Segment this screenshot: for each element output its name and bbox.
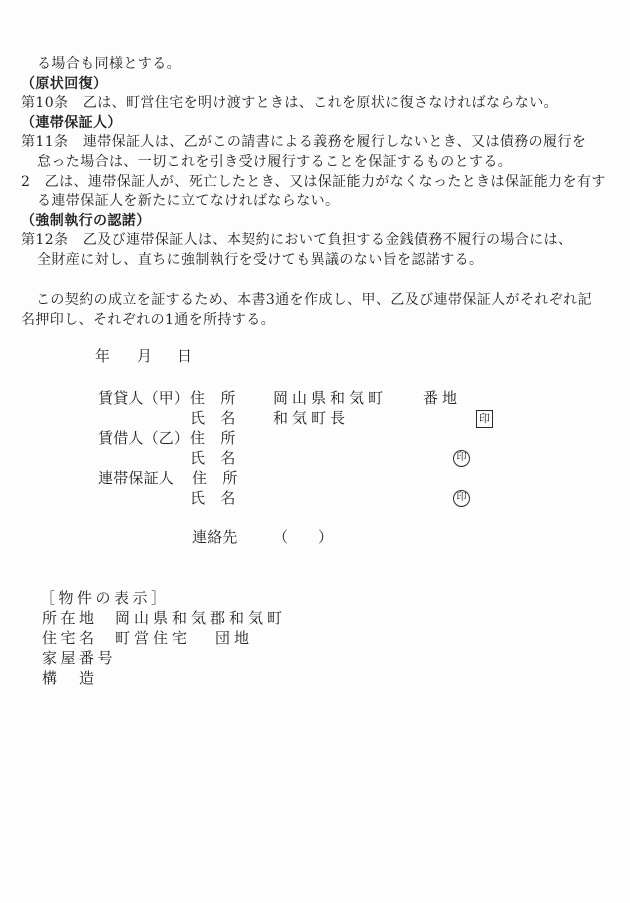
guarantor-name-label: 氏 名 xyxy=(190,491,236,506)
lessor-party-label: 賃貸人（甲） xyxy=(98,391,189,406)
contact-paren-close: ） xyxy=(318,530,333,545)
date-month-label: 月 xyxy=(137,349,152,364)
structure-label: 構 造 xyxy=(42,671,98,686)
guarantor-address-label: 住 所 xyxy=(192,471,238,486)
guarantor-party-label: 連帯保証人 xyxy=(98,471,174,486)
property-header: ［物件の表示］ xyxy=(40,591,170,606)
article-12-line-2: 全財産に対し、直ちに強制執行を受けても異議のない旨を認諾する。 xyxy=(37,253,483,267)
lessee-seal-mark: 印 xyxy=(453,450,470,467)
article-12-line-1: 第12条 乙及び連帯保証人は、本契約において負担する金銭債務不履行の場合には、 xyxy=(21,233,572,247)
guarantor-seal-mark: 印 xyxy=(453,490,470,507)
housing-unit-suffix: 団地 xyxy=(215,631,253,646)
lessor-seal-mark: 印 xyxy=(476,410,493,428)
lessor-name-value: 和気町長 xyxy=(273,411,349,426)
contract-page: る場合も同様とする。 （原状回復） 第10条 乙は、町営住宅を明け渡すときは、こ… xyxy=(0,0,630,903)
closing-line-1: この契約の成立を証するため、本書3通を作成し、甲、乙及び連帯保証人がそれぞれ記 xyxy=(36,293,592,307)
lessor-name-label: 氏 名 xyxy=(190,411,236,426)
location-value: 岡山県和気郡和気町 xyxy=(115,611,286,626)
lessee-address-label: 住 所 xyxy=(190,431,236,446)
carryover-line: る場合も同様とする。 xyxy=(37,57,181,71)
lessor-address-label: 住 所 xyxy=(190,391,236,406)
date-day-label: 日 xyxy=(177,349,192,364)
contact-label: 連絡先 xyxy=(192,530,238,545)
heading-guarantor: （連帯保証人） xyxy=(21,116,122,130)
lessor-address-value: 岡山県和気町 xyxy=(273,391,387,406)
article-11-para-2-line-2: る連帯保証人を新たに立てなければならない。 xyxy=(37,194,339,208)
location-label: 所在地 xyxy=(42,611,98,626)
housing-name-label: 住宅名 xyxy=(42,631,98,646)
contact-paren-open: （ xyxy=(273,530,288,545)
housing-name-value: 町営住宅 xyxy=(115,631,191,646)
article-10-line: 第10条 乙は、町営住宅を明け渡すときは、これを原状に復さなければならない。 xyxy=(21,96,558,110)
heading-enforcement: （強制執行の認諾） xyxy=(21,214,151,228)
article-11-para-2-line-1: 2 乙は、連帯保証人が、死亡したとき、又は保証能力がなくなったときは保証能力を有… xyxy=(21,175,606,189)
heading-restoration: （原状回復） xyxy=(21,77,107,91)
house-number-label: 家屋番号 xyxy=(42,651,116,666)
article-11-line-1: 第11条 連帯保証人は、乙がこの請書による義務を履行しないとき、又は債務の履行を xyxy=(21,135,586,149)
date-year-label: 年 xyxy=(95,349,110,364)
lessee-party-label: 賃借人（乙） xyxy=(98,431,189,446)
lessee-name-label: 氏 名 xyxy=(190,451,236,466)
lessor-address-banchi: 番地 xyxy=(423,391,461,406)
closing-line-2: 名押印し、それぞれの1通を所持する。 xyxy=(21,313,275,327)
article-11-line-2: 怠った場合は、一切これを引き受け履行することを保証するものとする。 xyxy=(37,155,512,169)
